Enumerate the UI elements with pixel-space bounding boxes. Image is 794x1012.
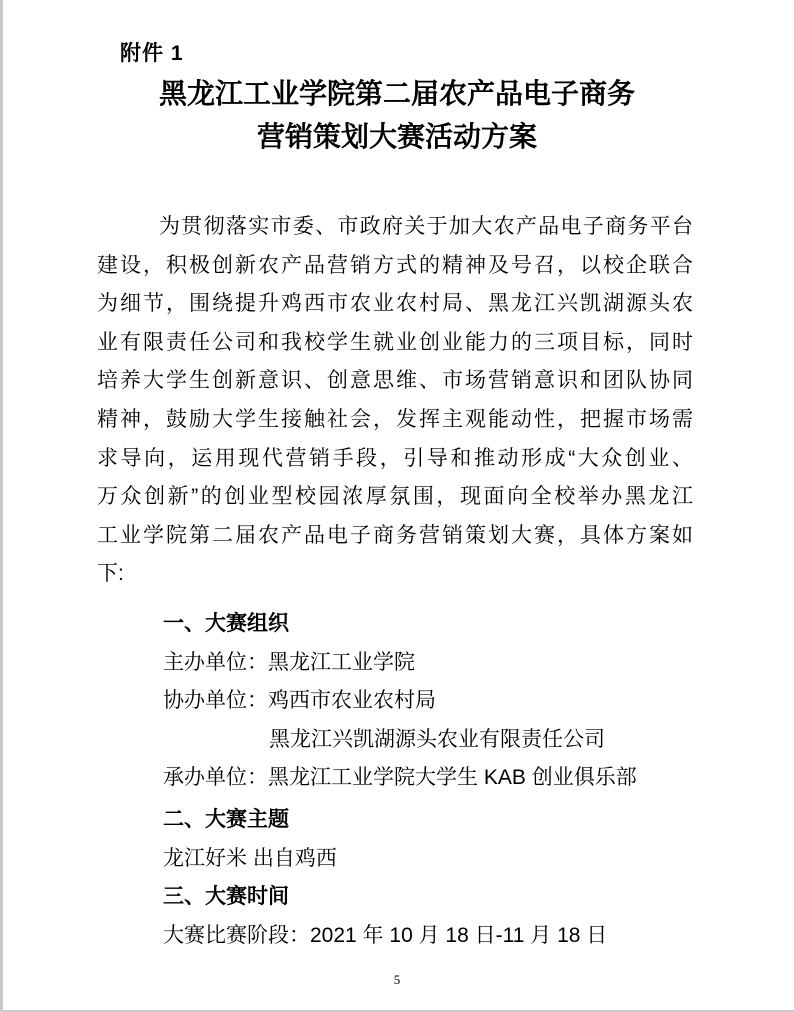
document-page: 附件 1 黑龙江工业学院第二届农产品电子商务 营销策划大赛活动方案 为贯彻落实市… xyxy=(0,0,794,1012)
paragraph-line: 求导向，运用现代营销手段，引导和推动形成“大众创业、 xyxy=(97,440,693,479)
co-organizer-continuation-line: 黑龙江兴凯湖源头农业有限责任公司 xyxy=(97,721,757,760)
paragraph-line: 万众创新”的创业型校园浓厚氛围，现面向全校举办黑龙江 xyxy=(97,478,693,517)
paragraph-line: 培养大学生创新意识、创意思维、市场营销意识和团队协同 xyxy=(97,362,693,401)
theme-line: 龙江好米 出自鸡西 xyxy=(97,840,757,879)
section-heading-time: 三、大赛时间 xyxy=(97,878,757,917)
sections-block: 一、大赛组织 主办单位：黑龙江工业学院 协办单位：鸡西市农业农村局 黑龙江兴凯湖… xyxy=(97,605,757,955)
title-line-1: 黑龙江工业学院第二届农产品电子商务 xyxy=(0,73,794,116)
undertaker-line: 承办单位：黑龙江工业学院大学生 KAB 创业俱乐部 xyxy=(97,759,757,798)
section-heading-organization: 一、大赛组织 xyxy=(97,605,757,644)
document-title: 黑龙江工业学院第二届农产品电子商务 营销策划大赛活动方案 xyxy=(0,73,794,159)
attachment-label: 附件 1 xyxy=(120,40,184,68)
competition-time-line: 大赛比赛阶段：2021 年 10 月 18 日-11 月 18 日 xyxy=(97,917,757,956)
paragraph-line: 下: xyxy=(97,555,693,594)
page-number: 5 xyxy=(0,972,794,988)
paragraph-line: 精神，鼓励大学生接触社会，发挥主观能动性，把握市场需 xyxy=(97,401,693,440)
paragraph-line: 为细节，围绕提升鸡西市农业农村局、黑龙江兴凯湖源头农 xyxy=(97,285,693,324)
host-organizer-line: 主办单位：黑龙江工业学院 xyxy=(97,644,757,683)
title-line-2: 营销策划大赛活动方案 xyxy=(0,116,794,159)
paragraph-line: 为贯彻落实市委、市政府关于加大农产品电子商务平台 xyxy=(97,208,693,247)
paragraph-line: 工业学院第二届农产品电子商务营销策划大赛，具体方案如 xyxy=(97,517,693,556)
section-heading-theme: 二、大赛主题 xyxy=(97,801,757,840)
co-organizer-line: 协办单位：鸡西市农业农村局 xyxy=(97,682,757,721)
intro-paragraph: 为贯彻落实市委、市政府关于加大农产品电子商务平台 建设，积极创新农产品营销方式的… xyxy=(97,208,693,594)
paragraph-line: 业有限责任公司和我校学生就业创业能力的三项目标，同时 xyxy=(97,324,693,363)
paragraph-line: 建设，积极创新农产品营销方式的精神及号召，以校企联合 xyxy=(97,247,693,286)
